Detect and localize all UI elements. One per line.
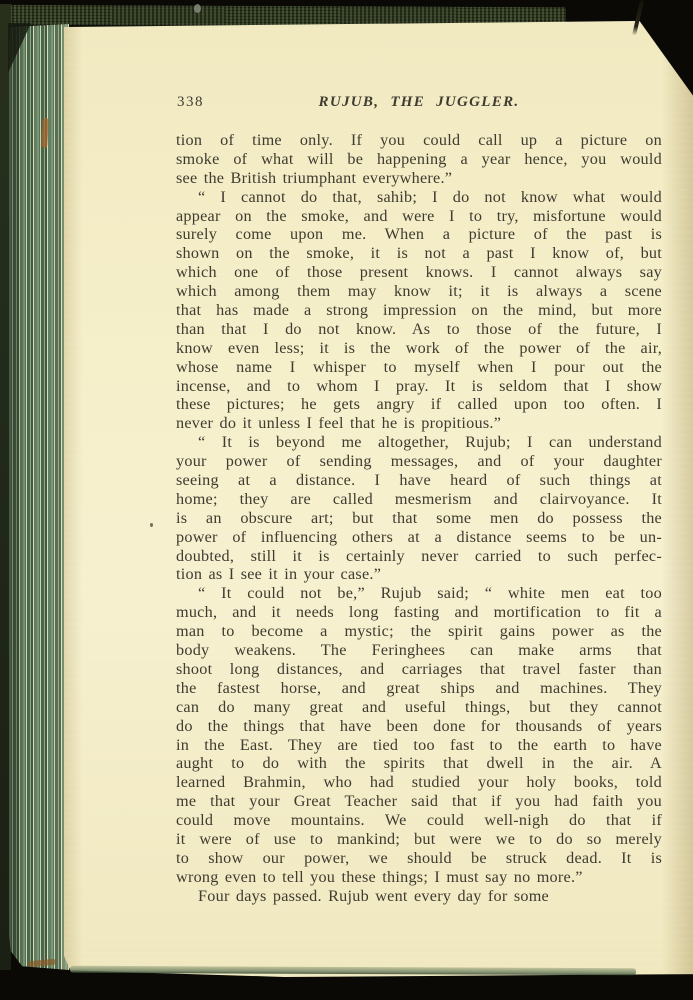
text-line: smoke of what will be happening a year h… — [176, 150, 662, 169]
text-line: see the British triumphant everywhere.” — [176, 169, 662, 188]
text-line: “ It is beyond me altogether, Rujub; I c… — [176, 433, 662, 452]
page-number: 338 — [177, 92, 204, 112]
text-line: learned Brahmin, who had studied your ho… — [176, 773, 662, 792]
book-scan-photo: 338 RUJUB, THE JUGGLER. tion of time onl… — [0, 0, 693, 1000]
text-line: can do many great and useful things, but… — [176, 698, 662, 717]
page-bottom-edge — [70, 966, 636, 975]
text-line: which among them may know it; it is alwa… — [176, 282, 662, 301]
paragraph: “ It could not be,” Rujub said; “ white … — [176, 584, 662, 886]
text-line: is an obscure art; but that some men do … — [176, 509, 662, 528]
text-line: tion as I see it in your case.” — [176, 565, 662, 584]
text-line: doubted, still it is certainly never car… — [176, 547, 662, 566]
text-line: body weakens. The Feringhees can make ar… — [176, 641, 662, 660]
text-line: which one of those present knows. I cann… — [176, 263, 662, 282]
page-fore-edge-stack — [9, 24, 69, 970]
text-line: seeing at a distance. I have heard of su… — [176, 471, 662, 490]
text-line: never do it unless I feel that he is pro… — [176, 414, 662, 433]
text-line: man to become a mystic; the spirit gains… — [176, 622, 662, 641]
text-line: do the things that have been done for th… — [176, 717, 662, 736]
text-line: whose name I whisper to myself when I po… — [176, 358, 662, 377]
text-line: than that I do not know. As to those of … — [176, 320, 662, 339]
text-line: in the East. They are tied too fast to t… — [176, 736, 662, 755]
text-line: Four days passed. Rujub went every day f… — [176, 887, 662, 906]
text-line: tion of time only. If you could call up … — [176, 131, 662, 150]
text-line: know even less; it is the work of the po… — [176, 339, 662, 358]
margin-speck — [150, 523, 153, 527]
text-line: power of influencing others at a distanc… — [176, 528, 662, 547]
text-line: surely come upon me. When a picture of t… — [176, 225, 662, 244]
paragraph: “ It is beyond me altogether, Rujub; I c… — [176, 433, 662, 584]
cover-speck — [194, 4, 201, 13]
text-line: that has made a strong impression on the… — [176, 301, 662, 320]
text-line: shoot long distances, and carriages that… — [176, 660, 662, 679]
text-line: aught to do with the spirits that dwell … — [176, 754, 662, 773]
paragraph: Four days passed. Rujub went every day f… — [176, 887, 662, 906]
text-line: “ It could not be,” Rujub said; “ white … — [176, 584, 662, 603]
text-line: home; they are called mesmerism and clai… — [176, 490, 662, 509]
page-header: 338 RUJUB, THE JUGGLER. — [176, 92, 662, 112]
text-line: appear on the smoke, and were I to try, … — [176, 207, 662, 226]
text-line: me that your Great Teacher said that if … — [176, 792, 662, 811]
text-line: to show our power, we should be struck d… — [176, 849, 662, 868]
text-line: wrong even to tell you these things; I m… — [176, 868, 662, 887]
text-line: your power of sending messages, and of y… — [176, 452, 662, 471]
text-line: much, and it needs long fasting and mort… — [176, 603, 662, 622]
text-line: could move mountains. We could well-nigh… — [176, 811, 662, 830]
running-title: RUJUB, THE JUGGLER. — [176, 92, 662, 112]
text-line: shown on the smoke, it is not a past I k… — [176, 244, 662, 263]
paragraph: “ I cannot do that, sahib; I do not know… — [176, 188, 662, 434]
body-text: tion of time only. If you could call up … — [176, 131, 662, 906]
page-text-column: 338 RUJUB, THE JUGGLER. tion of time onl… — [176, 92, 662, 906]
text-line: incense, and to whom I pray. It is seldo… — [176, 377, 662, 396]
paragraph: tion of time only. If you could call up … — [176, 131, 662, 188]
text-line: the fastest horse, and great ships and m… — [176, 679, 662, 698]
text-line: these pictures; he gets angry if called … — [176, 395, 662, 414]
text-line: “ I cannot do that, sahib; I do not know… — [176, 188, 662, 207]
text-line: it were of use to mankind; but were we t… — [176, 830, 662, 849]
